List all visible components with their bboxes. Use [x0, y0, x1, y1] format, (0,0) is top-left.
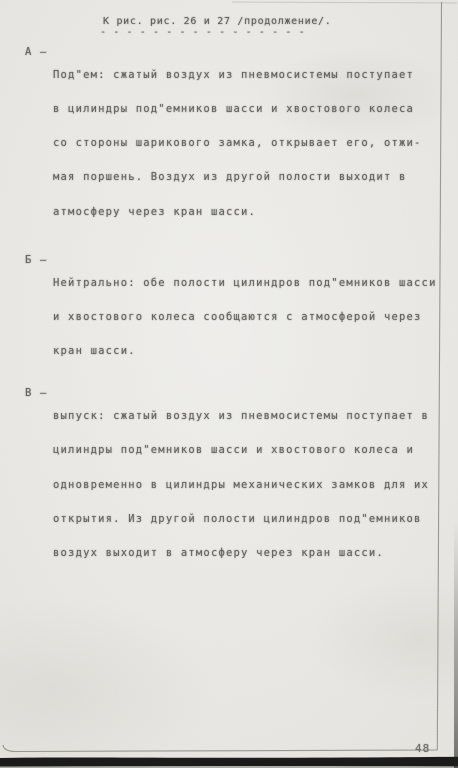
- paragraph-a-label: А –: [25, 47, 53, 241]
- paragraph-line: выпуск: сжатый воздух из пневмосистемы п…: [53, 411, 458, 422]
- paragraph-line: Под"ем: сжатый воздух из пневмосистемы п…: [53, 70, 458, 81]
- paragraph-b-lines: Нейтрально: обе полости цилиндров под"ем…: [53, 255, 458, 380]
- paragraph-v-lines: выпуск: сжатый воздух из пневмосистемы п…: [53, 388, 458, 582]
- paragraph-v-label: В –: [25, 388, 53, 582]
- paragraph-line: в цилиндры под"емников шасси и хвостовог…: [53, 104, 458, 115]
- paragraph-line: атмосферу через кран шасси.: [53, 207, 458, 218]
- paragraph-v: В – выпуск: сжатый воздух из пневмосисте…: [25, 388, 458, 582]
- paragraph-line: воздух выходит в атмосферу через кран ша…: [53, 548, 458, 559]
- paragraph-line: открытия. Из другой полости цилиндров по…: [53, 514, 458, 525]
- paragraph-line: цилиндры под"емников шасси и хвостового …: [53, 445, 458, 456]
- title-underline: - - - - - - - - - - - - - - - -: [100, 27, 458, 38]
- paragraph-line: и хвостового колеса сообщаются с атмосфе…: [53, 312, 458, 323]
- scanned-document-page: К рис. рис. 26 и 27 /продолжение/. - - -…: [0, 0, 458, 768]
- page-number: 48: [415, 742, 430, 755]
- typewritten-text-block: К рис. рис. 26 и 27 /продолжение/. - - -…: [0, 0, 458, 768]
- paragraph-line: кран шасси.: [53, 346, 458, 357]
- paragraph-line: мая поршень. Воздух из другой полости вы…: [53, 172, 458, 183]
- paragraph-line: Нейтрально: обе полости цилиндров под"ем…: [53, 278, 458, 289]
- paragraph-line: одновременно в цилиндры механических зам…: [53, 480, 458, 491]
- page-title: К рис. рис. 26 и 27 /продолжение/.: [103, 16, 458, 27]
- paragraph-a: А – Под"ем: сжатый воздух из пневмосисте…: [25, 47, 458, 241]
- paragraph-b-label: Б –: [25, 255, 53, 380]
- paragraph-a-lines: Под"ем: сжатый воздух из пневмосистемы п…: [53, 47, 458, 241]
- paragraph-b: Б – Нейтрально: обе полости цилиндров по…: [25, 255, 458, 380]
- scan-edge-shadow: [454, 520, 458, 768]
- paragraph-line: со стороны шарикового замка, открывает е…: [53, 138, 458, 149]
